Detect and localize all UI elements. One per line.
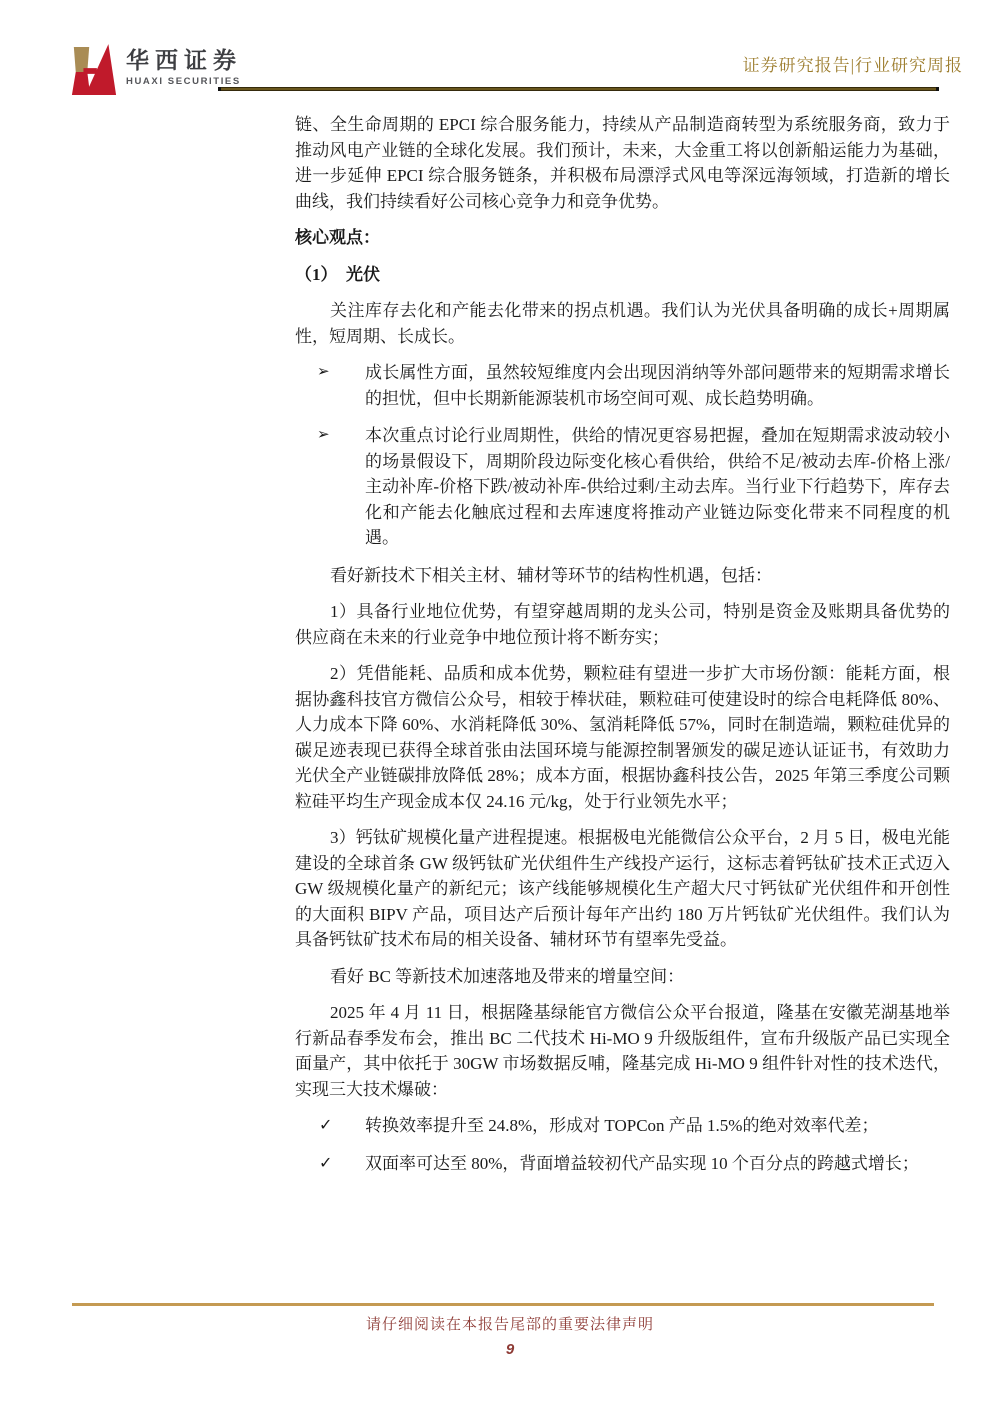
check-bullet-icon: ✓ (319, 1113, 332, 1139)
legal-notice: 请仔细阅读在本报告尾部的重要法律声明 (10, 1313, 1000, 1334)
paragraph-bc-outlook: 看好 BC 等新技术加速落地及带来的增量空间： (295, 964, 950, 990)
report-page: 华西证券 HUAXI SECURITIES 证券研究报告|行业研究周报 链、全生… (0, 0, 1000, 1414)
arrow-bullet-item: ➢ 本次重点讨论行业周期性，供给的情况更容易把握，叠加在短期需求波动较小的场景假… (295, 423, 950, 551)
page-number: 9 (10, 1341, 1000, 1358)
bullet-text: 本次重点讨论行业周期性，供给的情况更容易把握，叠加在短期需求波动较小的场景假设下… (365, 426, 950, 547)
arrow-bullet-icon: ➢ (317, 423, 330, 449)
arrow-bullet-item: ➢ 成长属性方面，虽然较短维度内会出现因消纳等外部问题带来的短期需求增长的担忧，… (295, 360, 950, 411)
heading-photovoltaic: （1） 光伏 (295, 262, 950, 288)
paragraph-longi-launch: 2025 年 4 月 11 日，根据隆基绿能官方微信公众平台报道，隆基在安徽芜湖… (295, 1000, 950, 1102)
paragraph-item-1: 1）具备行业地位优势，有望穿越周期的龙头公司，特别是资金及账期具备优势的供应商在… (295, 599, 950, 650)
logo-text: 华西证券 HUAXI SECURITIES (126, 44, 242, 88)
footer-divider (72, 1303, 934, 1306)
logo-name-cn: 华西证券 (126, 48, 242, 74)
paragraph-item-2: 2）凭借能耗、品质和成本优势，颗粒硅有望进一步扩大市场份额：能耗方面，根据协鑫科… (295, 661, 950, 814)
bullet-text: 双面率可达至 80%，背面增益较初代产品实现 10 个百分点的跨越式增长； (365, 1154, 919, 1173)
heading-core-views: 核心观点： (295, 225, 950, 251)
report-body: 链、全生命周期的 EPCI 综合服务能力，持续从产品制造商转型为系统服务商，致力… (295, 112, 950, 1188)
header-divider (218, 87, 939, 91)
huaxi-securities-logo: 华西证券 HUAXI SECURITIES (70, 44, 242, 98)
paragraph-item-3: 3）钙钛矿规模化量产进程提速。根据极电光能微信公众平台，2 月 5 日，极电光能… (295, 825, 950, 953)
bullet-text: 成长属性方面，虽然较短维度内会出现因消纳等外部问题带来的短期需求增长的担忧，但中… (365, 363, 950, 408)
check-bullet-icon: ✓ (319, 1151, 332, 1177)
paragraph-continuation: 链、全生命周期的 EPCI 综合服务能力，持续从产品制造商转型为系统服务商，致力… (295, 112, 950, 214)
arrow-bullet-icon: ➢ (317, 360, 330, 386)
paragraph-focus: 关注库存去化和产能去化带来的拐点机遇。我们认为光伏具备明确的成长+周期属性，短周… (295, 298, 950, 349)
bullet-text: 转换效率提升至 24.8%，形成对 TOPCon 产品 1.5%的绝对效率代差； (365, 1116, 878, 1135)
check-bullet-item: ✓ 双面率可达至 80%，背面增益较初代产品实现 10 个百分点的跨越式增长； (295, 1151, 950, 1177)
report-type-label: 证券研究报告|行业研究周报 (743, 51, 963, 76)
check-bullet-item: ✓ 转换效率提升至 24.8%，形成对 TOPCon 产品 1.5%的绝对效率代… (295, 1113, 950, 1139)
huaxi-logo-icon (70, 44, 118, 98)
paragraph-structural-opportunities: 看好新技术下相关主材、辅材等环节的结构性机遇，包括： (295, 563, 950, 589)
